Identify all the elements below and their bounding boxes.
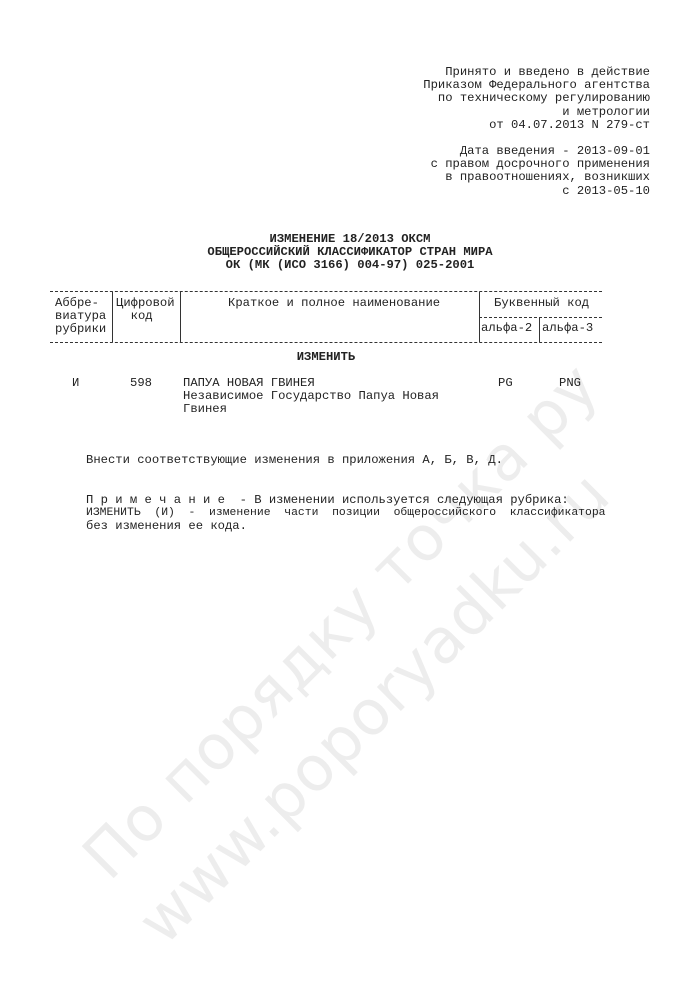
note-line: П р и м е ч а н и е - В изменении исполь… bbox=[86, 494, 606, 507]
header-letter-code: Буквенный код bbox=[494, 297, 589, 310]
approval-line: от 04.07.2013 N 279-ст bbox=[423, 119, 650, 132]
table-row-abbr: И bbox=[72, 377, 79, 390]
column-divider bbox=[479, 292, 480, 342]
approval-line: по техническому регулированию bbox=[423, 92, 650, 105]
approval-line: и метрологии bbox=[423, 106, 650, 119]
approval-block: Принято и введено в действие Приказом Фе… bbox=[423, 66, 650, 198]
instruction-text: Внести соответствующие изменения в прило… bbox=[86, 454, 503, 467]
table-header-bottom-border bbox=[50, 342, 602, 343]
table-top-border bbox=[50, 291, 602, 292]
header-alpha2: альфа-2 bbox=[481, 322, 532, 335]
table-row-alpha3: PNG bbox=[559, 377, 581, 390]
column-divider bbox=[180, 292, 181, 342]
letter-code-divider bbox=[479, 317, 602, 318]
title-line: ОК (МК (ИСО 3166) 004-97) 025-2001 bbox=[0, 259, 700, 272]
header-alpha3: альфа-3 bbox=[542, 322, 593, 335]
effective-date-line: в правоотношениях, возникших bbox=[423, 171, 650, 184]
header-code: Цифровой код bbox=[116, 297, 175, 323]
effective-date-line: с 2013-05-10 bbox=[423, 185, 650, 198]
note-line: без изменения ее кода. bbox=[86, 520, 606, 533]
table-row-name-full: Независимое Государство Папуа Новая Гвин… bbox=[183, 390, 439, 416]
table-row-code: 598 bbox=[130, 377, 152, 390]
header-abbr: Аббре- виатура рубрики bbox=[55, 297, 106, 337]
note-block: П р и м е ч а н и е - В изменении исполь… bbox=[86, 494, 606, 534]
section-heading: ИЗМЕНИТЬ bbox=[0, 351, 652, 364]
classifier-table-header: Аббре- виатура рубрики Цифровой код Крат… bbox=[50, 291, 602, 343]
column-divider bbox=[112, 292, 113, 342]
watermark-text: По порядку точка ру bbox=[68, 349, 612, 893]
table-row-alpha2: PG bbox=[498, 377, 513, 390]
column-divider bbox=[539, 318, 540, 342]
header-name: Краткое и полное наименование bbox=[228, 297, 440, 310]
document-title: ИЗМЕНЕНИЕ 18/2013 ОКСМ ОБЩЕРОССИЙСКИЙ КЛ… bbox=[0, 233, 700, 273]
